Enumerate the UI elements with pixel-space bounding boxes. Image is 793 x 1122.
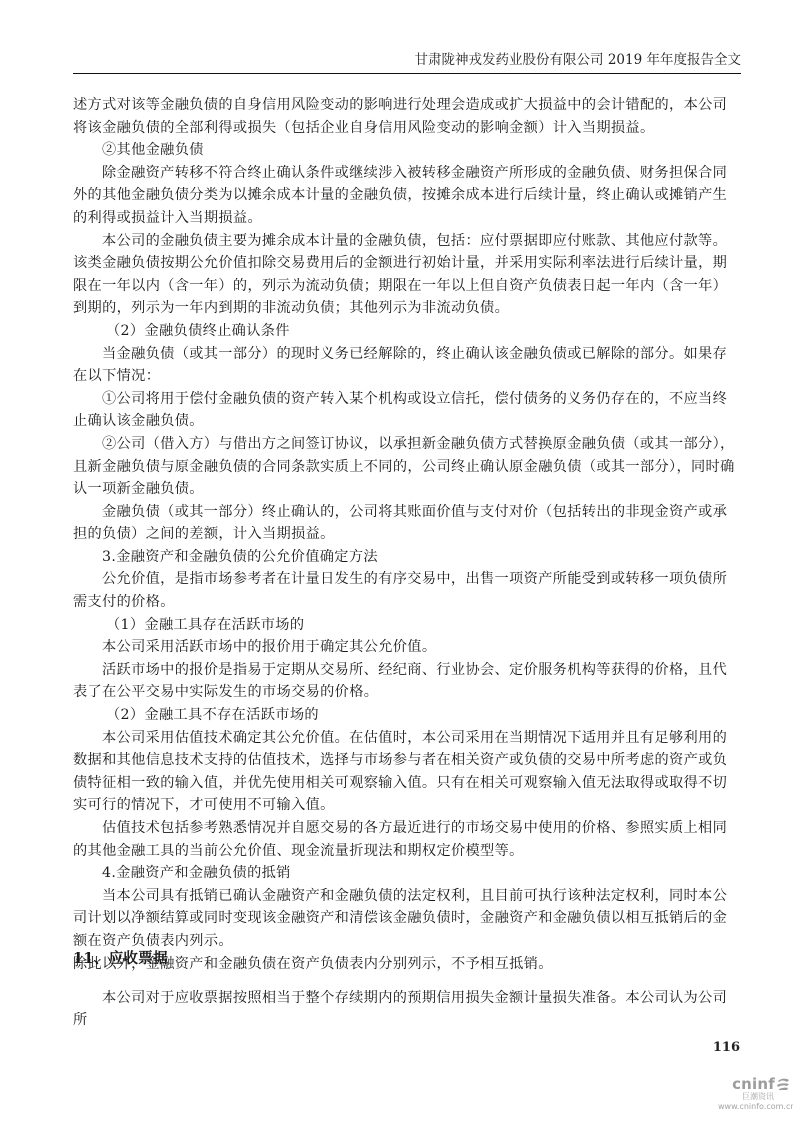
paragraph: 本公司采用活跃市场中的报价用于确定其公允价值。: [73, 636, 741, 659]
paragraph: 除金融资产转移不符合终止确认条件或继续涉入被转移金融资产所形成的金融负债、财务担…: [73, 162, 741, 230]
subheading: ②其他金融负债: [73, 139, 741, 162]
paragraph: 当金融负债（或其一部分）的现时义务已经解除的，终止确认该金融负债或已解除的部分。…: [73, 343, 741, 388]
subheading: （1）金融工具存在活跃市场的: [73, 614, 741, 637]
paragraph: 除此以外，金融资产和金融负债在资产负债表内分别列示，不予相互抵销。: [73, 953, 741, 976]
paragraph: 活跃市场中的报价是指易于定期从交易所、经纪商、行业协会、定价服务机构等获得的价格…: [73, 659, 741, 704]
paragraph: 本公司的金融负债主要为摊余成本计量的金融负债，包括：应付票据即应付账款、其他应付…: [73, 230, 741, 320]
cninfo-swirl-icon: [776, 1078, 790, 1090]
watermark-brand-cn: 巨潮资讯: [718, 1092, 790, 1102]
subheading: （2）金融负债终止确认条件: [73, 320, 741, 343]
paragraph: 述方式对该等金融负债的自身信用风险变动的影响进行处理会造成或扩大损益中的会计错配…: [73, 94, 741, 139]
paragraph: ②公司（借入方）与借出方之间签订协议，以承担新金融负债方式替换原金融负债（或其一…: [73, 433, 741, 501]
body-content: 述方式对该等金融负债的自身信用风险变动的影响进行处理会造成或扩大损益中的会计错配…: [73, 94, 741, 975]
page-header: 甘肃陇神戎发药业股份有限公司 2019 年年度报告全文: [73, 50, 741, 72]
paragraph: 金融负债（或其一部分）终止确认的，公司将其账面价值与支付对价（包括转出的非现金资…: [73, 501, 741, 546]
watermark-url: www.cninfo.com.cn: [718, 1102, 790, 1112]
header-divider: [73, 73, 741, 74]
subheading: （2）金融工具不存在活跃市场的: [73, 704, 741, 727]
paragraph: ①公司将用于偿付金融负债的资产转入某个机构或设立信托，偿付债务的义务仍存在的，不…: [73, 388, 741, 433]
subheading: 3.金融资产和金融负债的公允价值确定方法: [73, 546, 741, 569]
watermark-brand-text: cninf: [732, 1075, 775, 1093]
paragraph: 公允价值，是指市场参考者在计量日发生的有序交易中，出售一项资产所能受到或转移一项…: [73, 568, 741, 613]
section-paragraph: 本公司对于应收票据按照相当于整个存续期内的预期信用损失金额计量损失准备。本公司认…: [73, 987, 741, 1031]
subheading: 4.金融资产和金融负债的抵销: [73, 862, 741, 885]
paragraph: 估值技术包括参考熟悉情况并自愿交易的各方最近进行的市场交易中使用的价格、参照实质…: [73, 817, 741, 862]
cninfo-watermark: cninf 巨潮资讯 www.cninfo.com.cn: [718, 1077, 790, 1112]
report-title: 甘肃陇神戎发药业股份有限公司 2019 年年度报告全文: [415, 52, 741, 68]
watermark-brand: cninf: [718, 1077, 790, 1092]
paragraph: 本公司采用估值技术确定其公允价值。在估值时，本公司采用在当期情况下适用并且有足够…: [73, 727, 741, 817]
page-number: 116: [700, 1040, 740, 1055]
section-heading: 11、应收票据: [73, 947, 168, 968]
paragraph: 当本公司具有抵销已确认金融资产和金融负债的法定权利，且目前可执行该种法定权利，同…: [73, 885, 741, 953]
